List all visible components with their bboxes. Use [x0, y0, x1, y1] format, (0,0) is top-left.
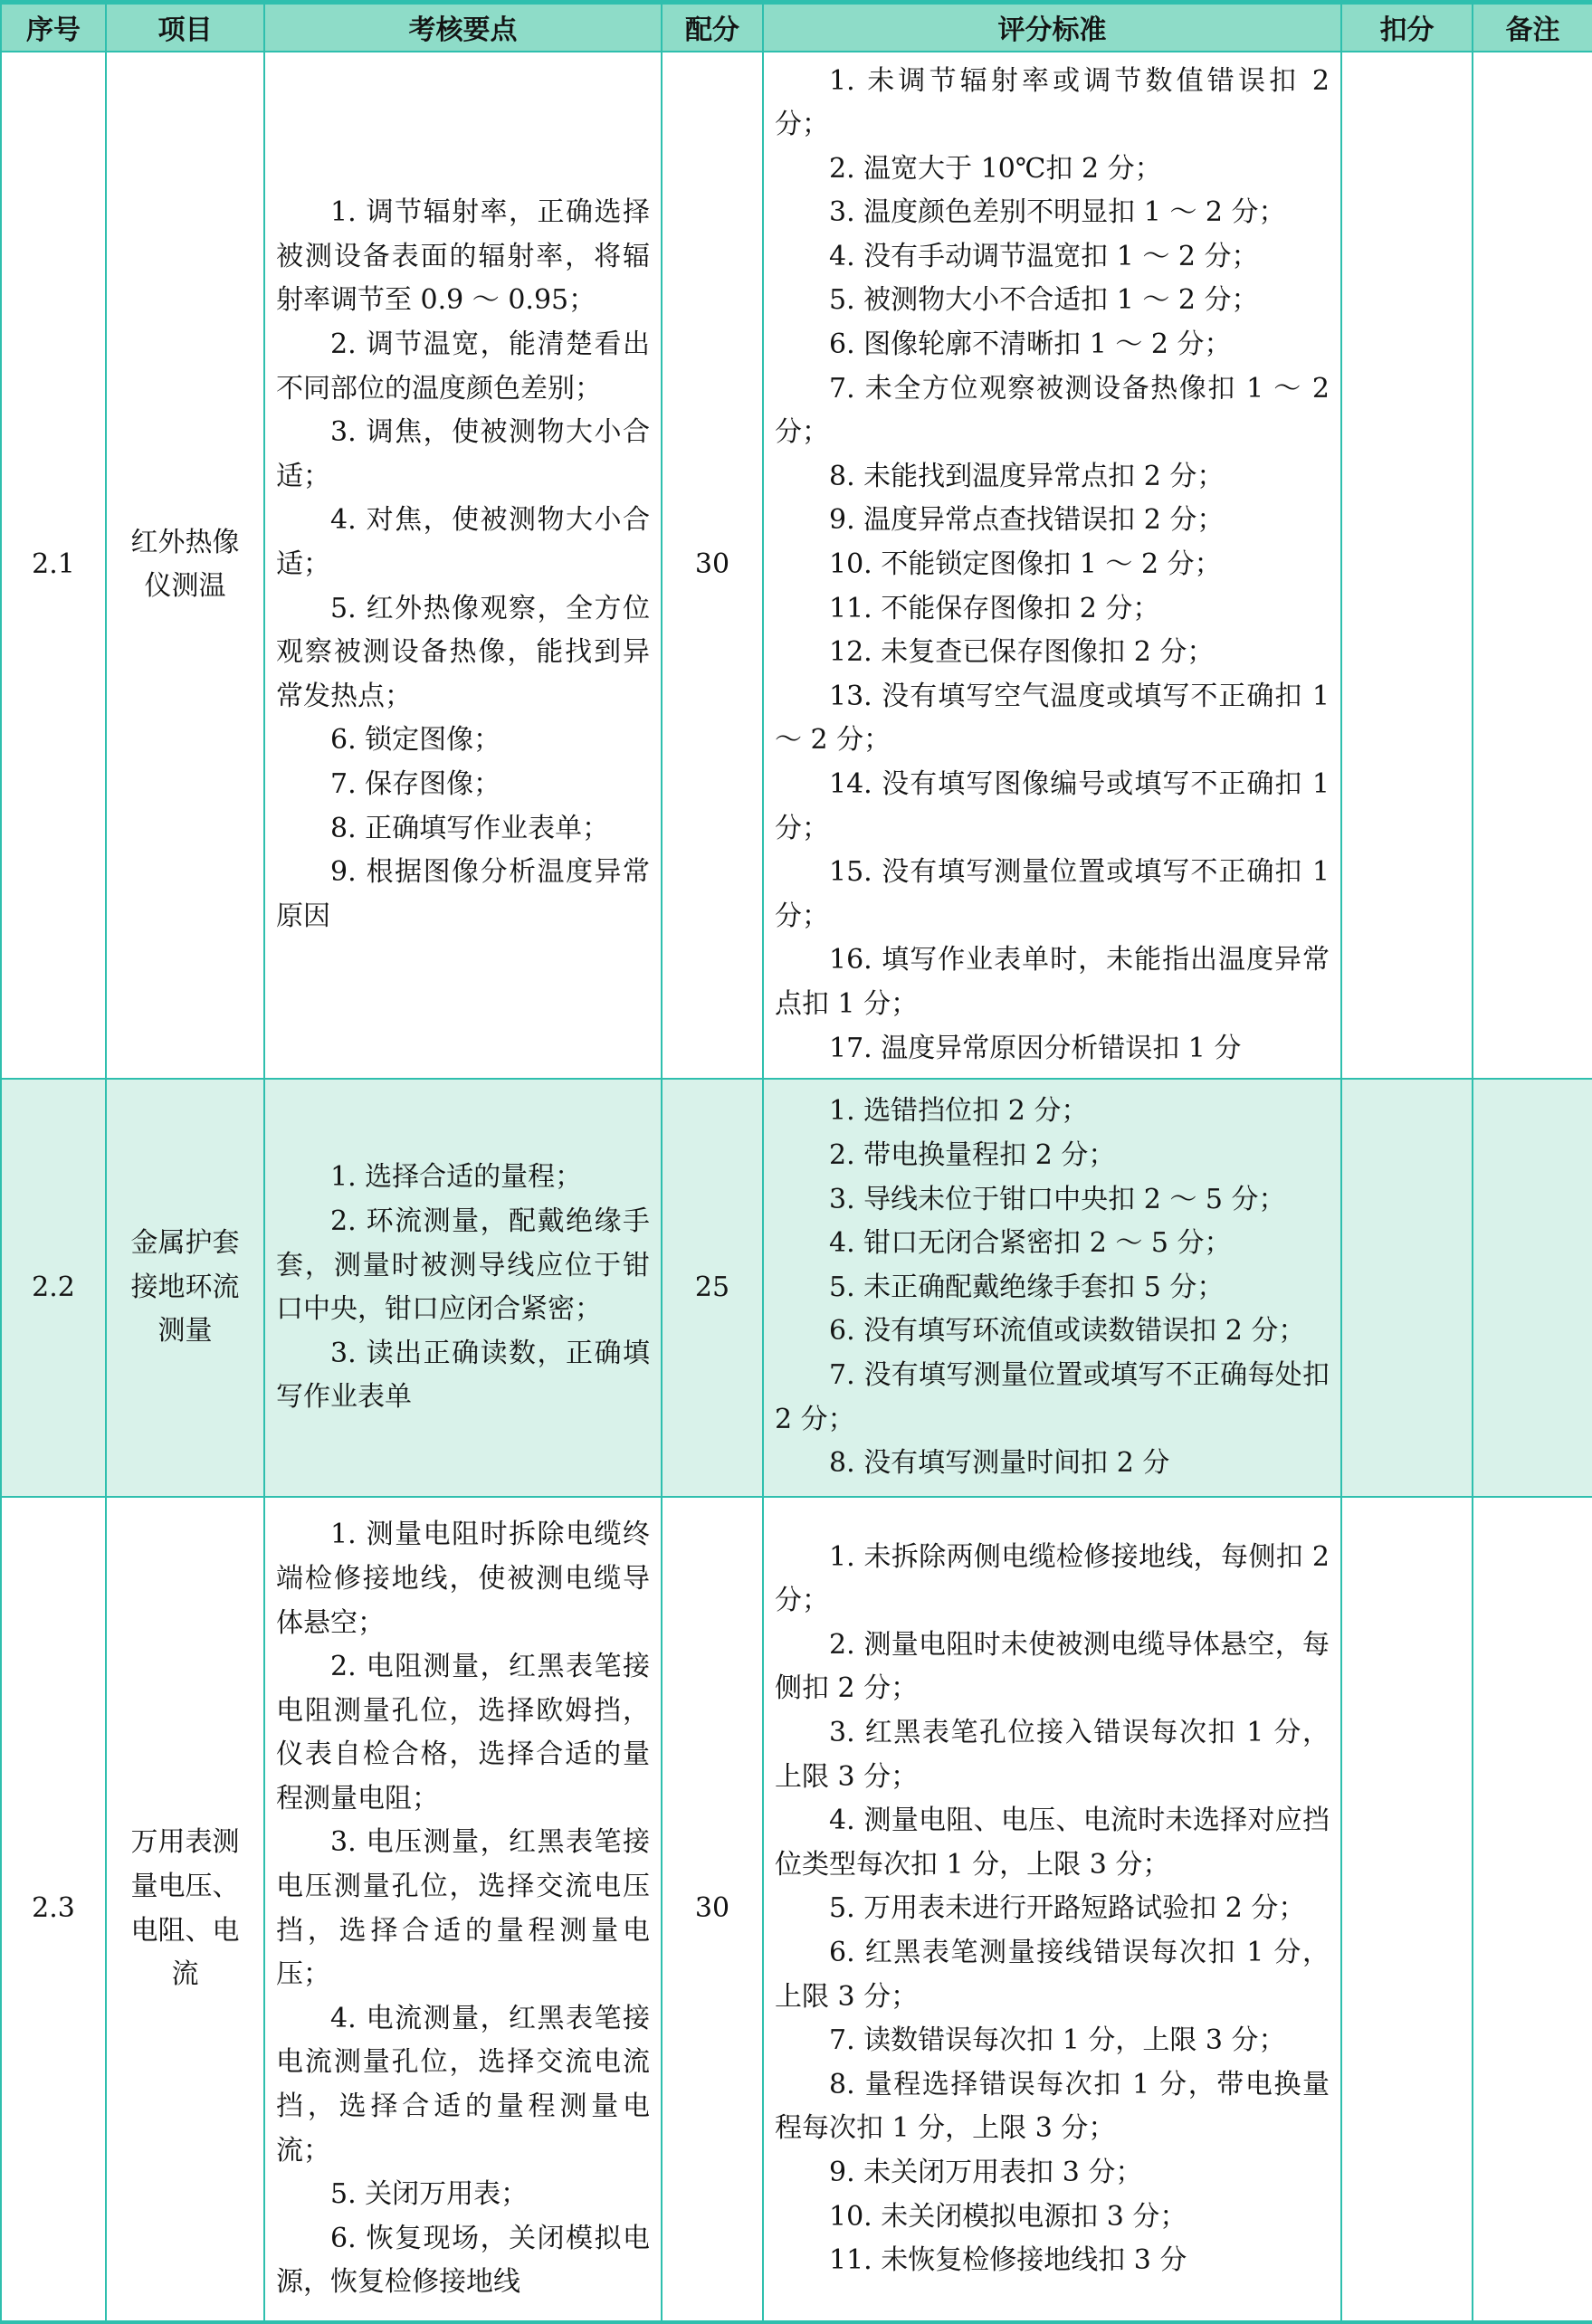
- text-line: 7. 读数错误每次扣 1 分，上限 3 分；: [775, 2019, 1330, 2063]
- score-cell: 30: [662, 1497, 763, 2322]
- deduction-cell: [1341, 52, 1473, 1080]
- text-line: 电阻、电: [119, 1910, 251, 1954]
- text-line: 1. 调节辐射率，正确选择被测设备表面的辐射率，将辐射率调节至 0.9 ～ 0.…: [276, 191, 650, 323]
- text-line: 5. 红外热像观察，全方位观察被测设备热像，能找到异常发热点；: [276, 587, 650, 719]
- text-line: 3. 电压测量，红黑表笔接电压测量孔位，选择交流电压挡，选择合适的量程测量电压；: [276, 1821, 650, 1996]
- text-line: 5. 未正确配戴绝缘手套扣 5 分；: [775, 1266, 1330, 1310]
- project-cell: 万用表测量电压、电阻、电流: [106, 1497, 264, 2322]
- text-line: 3. 温度颜色差别不明显扣 1 ～ 2 分；: [775, 191, 1330, 235]
- text-line: 接地环流: [119, 1266, 251, 1310]
- text-line: 7. 保存图像；: [276, 763, 650, 807]
- text-line: 12. 未复查已保存图像扣 2 分；: [775, 631, 1330, 675]
- text-line: 1. 选择合适的量程；: [276, 1156, 650, 1200]
- text-line: 4. 测量电阻、电压、电流时未选择对应挡位类型每次扣 1 分，上限 3 分；: [775, 1799, 1330, 1887]
- text-line: 5. 万用表未进行开路短路试验扣 2 分；: [775, 1887, 1330, 1931]
- criteria-cell: 1. 未拆除两侧电缆检修接地线，每侧扣 2 分；2. 测量电阻时未使被测电缆导体…: [763, 1497, 1341, 2322]
- col-header-score: 配分: [662, 3, 763, 52]
- points-cell: 1. 测量电阻时拆除电缆终端检修接地线，使被测电缆导体悬空；2. 电阻测量，红黑…: [264, 1497, 662, 2322]
- table-header: 序号 项目 考核要点 配分 评分标准 扣分 备注: [1, 3, 1592, 52]
- text-line: 1. 未拆除两侧电缆检修接地线，每侧扣 2 分；: [775, 1536, 1330, 1624]
- text-line: 8. 量程选择错误每次扣 1 分，带电换量程每次扣 1 分，上限 3 分；: [775, 2063, 1330, 2151]
- document-page: 序号 项目 考核要点 配分 评分标准 扣分 备注 2.1 红外热像仪测温 1. …: [0, 0, 1592, 2324]
- table-row: 2.1 红外热像仪测温 1. 调节辐射率，正确选择被测设备表面的辐射率，将辐射率…: [1, 52, 1592, 1080]
- text-line: 万用表测: [119, 1821, 251, 1865]
- col-header-project: 项目: [106, 3, 264, 52]
- project-cell: 金属护套接地环流测量: [106, 1079, 264, 1497]
- text-line: 1. 测量电阻时拆除电缆终端检修接地线，使被测电缆导体悬空；: [276, 1513, 650, 1645]
- text-line: 13. 没有填写空气温度或填写不正确扣 1 ～ 2 分；: [775, 675, 1330, 763]
- text-line: 5. 关闭万用表；: [276, 2173, 650, 2217]
- serial-cell: 2.2: [1, 1079, 106, 1497]
- text-line: 8. 没有填写测量时间扣 2 分: [775, 1442, 1330, 1486]
- text-line: 6. 红黑表笔测量接线错误每次扣 1 分，上限 3 分；: [775, 1931, 1330, 2019]
- scoring-table: 序号 项目 考核要点 配分 评分标准 扣分 备注 2.1 红外热像仪测温 1. …: [0, 0, 1592, 2324]
- text-line: 9. 根据图像分析温度异常原因: [276, 851, 650, 938]
- points-cell: 1. 选择合适的量程；2. 环流测量，配戴绝缘手套，测量时被测导线应位于钳口中央…: [264, 1079, 662, 1497]
- col-header-remark: 备注: [1473, 3, 1592, 52]
- text-line: 8. 正确填写作业表单；: [276, 807, 650, 852]
- serial-cell: 2.1: [1, 52, 106, 1080]
- text-line: 金属护套: [119, 1222, 251, 1266]
- text-line: 4. 对焦，使被测物大小合适；: [276, 499, 650, 586]
- text-line: 2. 调节温宽，能清楚看出不同部位的温度颜色差别；: [276, 323, 650, 411]
- col-header-serial: 序号: [1, 3, 106, 52]
- text-line: 4. 没有手动调节温宽扣 1 ～ 2 分；: [775, 235, 1330, 280]
- text-line: 1. 未调节辐射率或调节数值错误扣 2 分；: [775, 60, 1330, 148]
- text-line: 2. 环流测量，配戴绝缘手套，测量时被测导线应位于钳口中央，钳口应闭合紧密；: [276, 1200, 650, 1332]
- text-line: 6. 没有填写环流值或读数错误扣 2 分；: [775, 1310, 1330, 1354]
- col-header-criteria: 评分标准: [763, 3, 1341, 52]
- text-line: 流: [119, 1953, 251, 1997]
- text-line: 6. 锁定图像；: [276, 719, 650, 763]
- text-line: 2. 电阻测量，红黑表笔接电阻测量孔位，选择欧姆挡，仪表自检合格，选择合适的量程…: [276, 1645, 650, 1821]
- text-line: 11. 未恢复检修接地线扣 3 分: [775, 2239, 1330, 2283]
- text-line: 3. 读出正确读数，正确填写作业表单: [276, 1332, 650, 1420]
- text-line: 3. 调焦，使被测物大小合适；: [276, 411, 650, 499]
- text-line: 10. 不能锁定图像扣 1 ～ 2 分；: [775, 543, 1330, 587]
- score-cell: 30: [662, 52, 763, 1080]
- remark-cell: [1473, 52, 1592, 1080]
- text-line: 4. 电流测量，红黑表笔接电流测量孔位，选择交流电流挡，选择合适的量程测量电流；: [276, 1997, 650, 2173]
- points-cell: 1. 调节辐射率，正确选择被测设备表面的辐射率，将辐射率调节至 0.9 ～ 0.…: [264, 52, 662, 1080]
- deduction-cell: [1341, 1497, 1473, 2322]
- text-line: 仪测温: [119, 565, 251, 609]
- text-line: 2. 测量电阻时未使被测电缆导体悬空，每侧扣 2 分；: [775, 1624, 1330, 1711]
- col-header-deduction: 扣分: [1341, 3, 1473, 52]
- text-line: 红外热像: [119, 521, 251, 566]
- text-line: 17. 温度异常原因分析错误扣 1 分: [775, 1027, 1330, 1072]
- text-line: 9. 温度异常点查找错误扣 2 分；: [775, 499, 1330, 543]
- serial-cell: 2.3: [1, 1497, 106, 2322]
- text-line: 11. 不能保存图像扣 2 分；: [775, 587, 1330, 632]
- text-line: 5. 被测物大小不合适扣 1 ～ 2 分；: [775, 279, 1330, 323]
- text-line: 7. 没有填写测量位置或填写不正确每处扣 2 分；: [775, 1354, 1330, 1442]
- text-line: 2. 带电换量程扣 2 分；: [775, 1134, 1330, 1178]
- criteria-cell: 1. 未调节辐射率或调节数值错误扣 2 分；2. 温宽大于 10℃扣 2 分；3…: [763, 52, 1341, 1080]
- table-row: 2.3 万用表测量电压、电阻、电流 1. 测量电阻时拆除电缆终端检修接地线，使被…: [1, 1497, 1592, 2322]
- project-cell: 红外热像仪测温: [106, 52, 264, 1080]
- text-line: 8. 未能找到温度异常点扣 2 分；: [775, 455, 1330, 500]
- text-line: 量电压、: [119, 1865, 251, 1910]
- text-line: 3. 红黑表笔孔位接入错误每次扣 1 分，上限 3 分；: [775, 1711, 1330, 1799]
- text-line: 3. 导线未位于钳口中央扣 2 ～ 5 分；: [775, 1178, 1330, 1223]
- text-line: 9. 未关闭万用表扣 3 分；: [775, 2151, 1330, 2195]
- score-cell: 25: [662, 1079, 763, 1497]
- text-line: 10. 未关闭模拟电源扣 3 分；: [775, 2195, 1330, 2240]
- text-line: 14. 没有填写图像编号或填写不正确扣 1 分；: [775, 763, 1330, 851]
- text-line: 4. 钳口无闭合紧密扣 2 ～ 5 分；: [775, 1222, 1330, 1266]
- header-row: 序号 项目 考核要点 配分 评分标准 扣分 备注: [1, 3, 1592, 52]
- deduction-cell: [1341, 1079, 1473, 1497]
- table-row: 2.2 金属护套接地环流测量 1. 选择合适的量程；2. 环流测量，配戴绝缘手套…: [1, 1079, 1592, 1497]
- text-line: 16. 填写作业表单时，未能指出温度异常点扣 1 分；: [775, 938, 1330, 1026]
- text-line: 测量: [119, 1310, 251, 1354]
- text-line: 7. 未全方位观察被测设备热像扣 1 ～ 2 分；: [775, 367, 1330, 455]
- remark-cell: [1473, 1079, 1592, 1497]
- text-line: 2. 温宽大于 10℃扣 2 分；: [775, 148, 1330, 192]
- text-line: 6. 恢复现场，关闭模拟电源，恢复检修接地线: [276, 2217, 650, 2305]
- text-line: 1. 选错挡位扣 2 分；: [775, 1090, 1330, 1134]
- text-line: 6. 图像轮廓不清晰扣 1 ～ 2 分；: [775, 323, 1330, 367]
- text-line: 15. 没有填写测量位置或填写不正确扣 1 分；: [775, 851, 1330, 938]
- remark-cell: [1473, 1497, 1592, 2322]
- col-header-points: 考核要点: [264, 3, 662, 52]
- criteria-cell: 1. 选错挡位扣 2 分；2. 带电换量程扣 2 分；3. 导线未位于钳口中央扣…: [763, 1079, 1341, 1497]
